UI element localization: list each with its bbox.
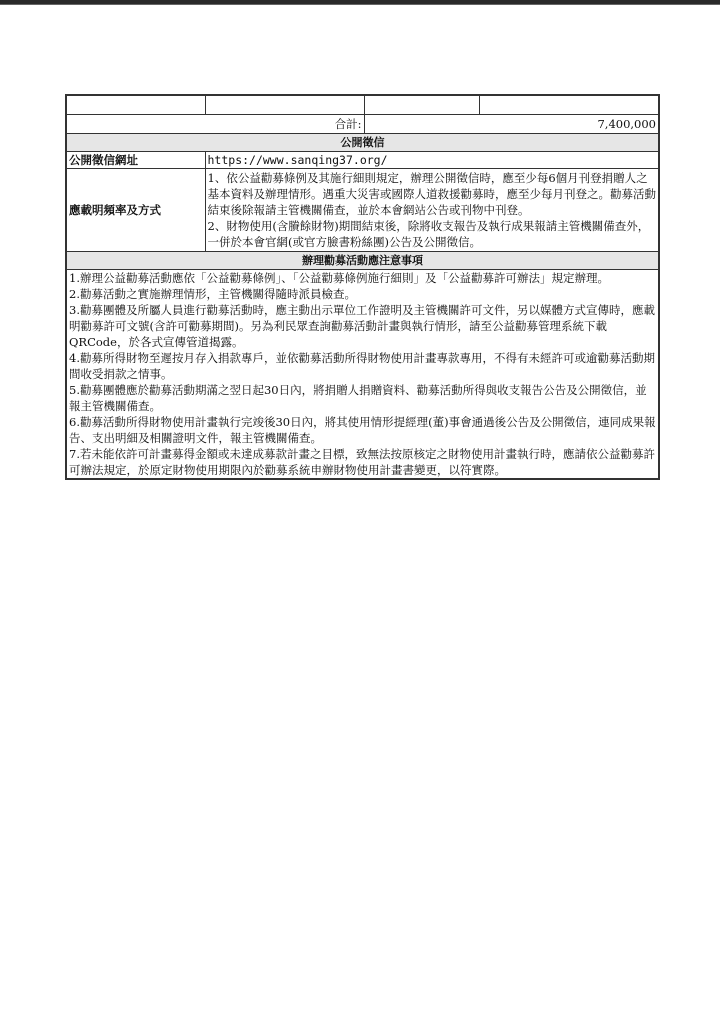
- table-cell: [66, 95, 205, 115]
- notices-content: 1.辦理公益勸募活動應依「公益勸募條例」、「公益勸募條例施行細則」及「公益勸募許…: [66, 270, 659, 480]
- total-value: 7,400,000: [364, 115, 659, 134]
- disclosure-url-label: 公開徵信網址: [66, 152, 205, 169]
- disclosure-frequency-row: 應載明頻率及方式 1、依公益勸募條例及其施行細則規定，辦理公開徵信時，應至少每6…: [66, 169, 659, 252]
- table-row-empty: [66, 95, 659, 115]
- table-cell: [364, 95, 479, 115]
- notice-item-2: 2.勸募活動之實施辦理情形，主管機關得隨時派員檢查。: [69, 286, 656, 302]
- notices-row: 1.辦理公益勸募活動應依「公益勸募條例」、「公益勸募條例施行細則」及「公益勸募許…: [66, 270, 659, 480]
- disclosure-frequency-content: 1、依公益勸募條例及其施行細則規定，辦理公開徵信時，應至少每6個月刊登捐贈人之基…: [205, 169, 659, 252]
- table-cell: [205, 95, 364, 115]
- disclosure-frequency-label: 應載明頻率及方式: [66, 169, 205, 252]
- disclosure-url-row: 公開徵信網址 https://www.sanqing37.org/: [66, 152, 659, 169]
- notice-item-5: 5.勸募團體應於勸募活動期滿之翌日起30日內，將捐贈人捐贈資料、勸募活動所得與收…: [69, 382, 656, 414]
- notice-item-4: 4.勸募所得財物至遲按月存入捐款專戶，並依勸募活動所得財物使用計畫專款專用，不得…: [69, 350, 656, 382]
- notice-item-3: 3.勸募團體及所屬人員進行勸募活動時，應主動出示單位工作證明及主管機關許可文件，…: [69, 302, 656, 350]
- fundraising-disclosure-table: 合計: 7,400,000 公開徵信 公開徵信網址 https://www.sa…: [65, 94, 660, 480]
- table-cell: [479, 95, 659, 115]
- total-label: 合計:: [66, 115, 364, 134]
- frequency-paragraph-2: 2、財物使用(含賸餘財物)期間結束後，除將收支報告及執行成果報請主管機關備查外，…: [208, 218, 657, 250]
- notices-header-row: 辦理勸募活動應注意事項: [66, 252, 659, 270]
- total-row: 合計: 7,400,000: [66, 115, 659, 134]
- notice-item-6: 6.勸募活動所得財物使用計畫執行完竣後30日內，將其使用情形提經理(董)事會通過…: [69, 414, 656, 446]
- disclosure-url-link[interactable]: https://www.sanqing37.org/: [205, 152, 659, 169]
- top-window-bar: [0, 0, 720, 5]
- notices-section-title: 辦理勸募活動應注意事項: [66, 252, 659, 270]
- notice-item-1: 1.辦理公益勸募活動應依「公益勸募條例」、「公益勸募條例施行細則」及「公益勸募許…: [69, 270, 656, 286]
- public-disclosure-header-row: 公開徵信: [66, 134, 659, 152]
- notice-item-7: 7.若未能依許可計畫募得金額或未達成募款計畫之目標，致無法按原核定之財物使用計畫…: [69, 446, 656, 478]
- public-disclosure-section-title: 公開徵信: [66, 134, 659, 152]
- frequency-paragraph-1: 1、依公益勸募條例及其施行細則規定，辦理公開徵信時，應至少每6個月刊登捐贈人之基…: [208, 170, 657, 218]
